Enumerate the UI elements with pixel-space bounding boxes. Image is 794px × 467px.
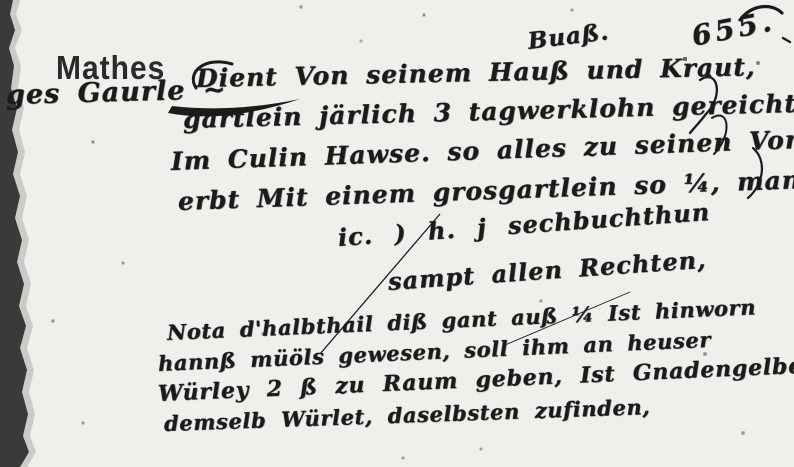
binding-edge-strip — [0, 0, 29, 467]
heading-word: Buaß. — [526, 18, 610, 55]
page-number-trailing-dash — [783, 38, 790, 42]
body-line-6: sampt allen Rechten, — [387, 245, 707, 296]
binding-edge-noise — [0, 0, 36, 467]
body-line-1: Dient Von seinem Hauß und Kraut, — [196, 52, 756, 93]
page-number: 655. — [689, 4, 778, 52]
manuscript-page: Mathes ges Gaurle ~ Buaß. 655. Dient Von… — [0, 0, 794, 467]
body-line-2: gartlein järlich 3 tagwerklohn gereicht — [183, 89, 794, 134]
scan-speckles — [0, 0, 2, 2]
binding-edge — [0, 0, 48, 467]
